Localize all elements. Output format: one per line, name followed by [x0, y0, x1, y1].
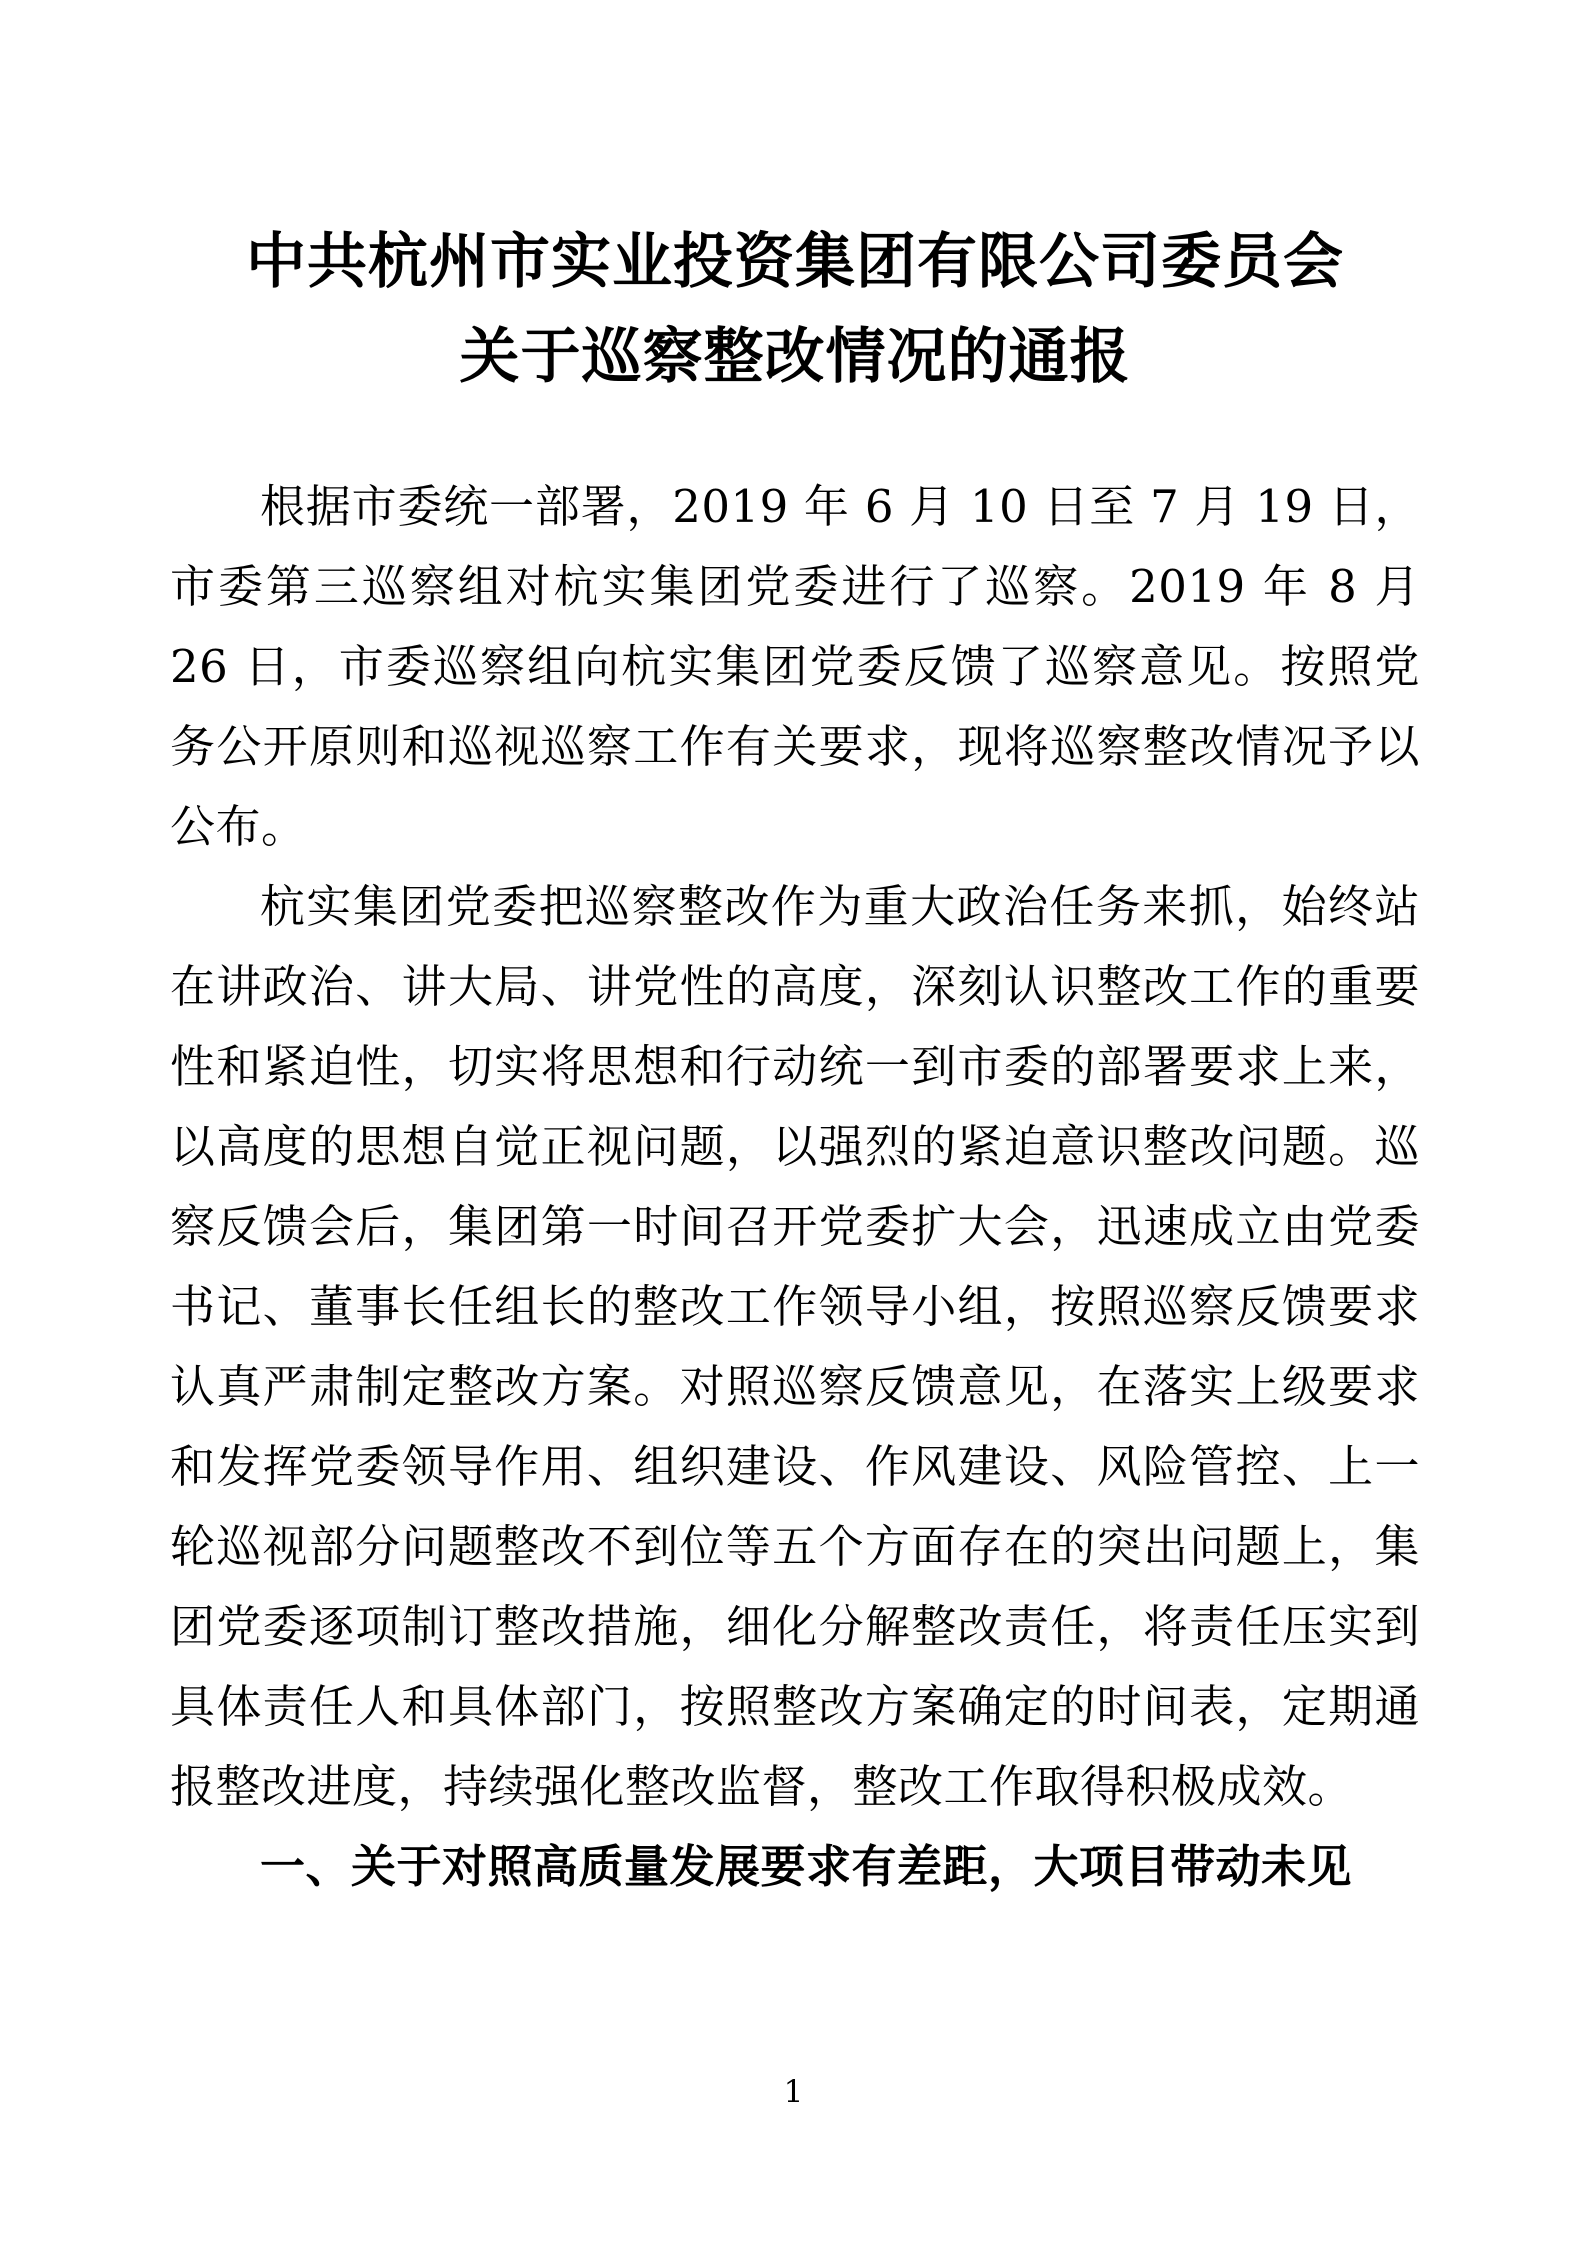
- document-title: 中共杭州市实业投资集团有限公司委员会 关于巡察整改情况的通报: [170, 215, 1420, 405]
- title-line-2: 关于巡察整改情况的通报: [170, 310, 1420, 405]
- title-line-1: 中共杭州市实业投资集团有限公司委员会: [170, 215, 1420, 310]
- paragraph-rectification-overview: 杭实集团党委把巡察整改作为重大政治任务来抓，始终站在讲政治、讲大局、讲党性的高度…: [170, 867, 1420, 1827]
- section-heading-1: 一、关于对照高质量发展要求有差距，大项目带动未见: [170, 1827, 1420, 1907]
- page-number: 1: [0, 2072, 1587, 2112]
- document-page: 中共杭州市实业投资集团有限公司委员会 关于巡察整改情况的通报 根据市委统一部署，…: [0, 0, 1587, 2245]
- document-body: 根据市委统一部署，2019 年 6 月 10 日至 7 月 19 日，市委第三巡…: [170, 467, 1420, 1907]
- paragraph-inspection-background: 根据市委统一部署，2019 年 6 月 10 日至 7 月 19 日，市委第三巡…: [170, 467, 1420, 867]
